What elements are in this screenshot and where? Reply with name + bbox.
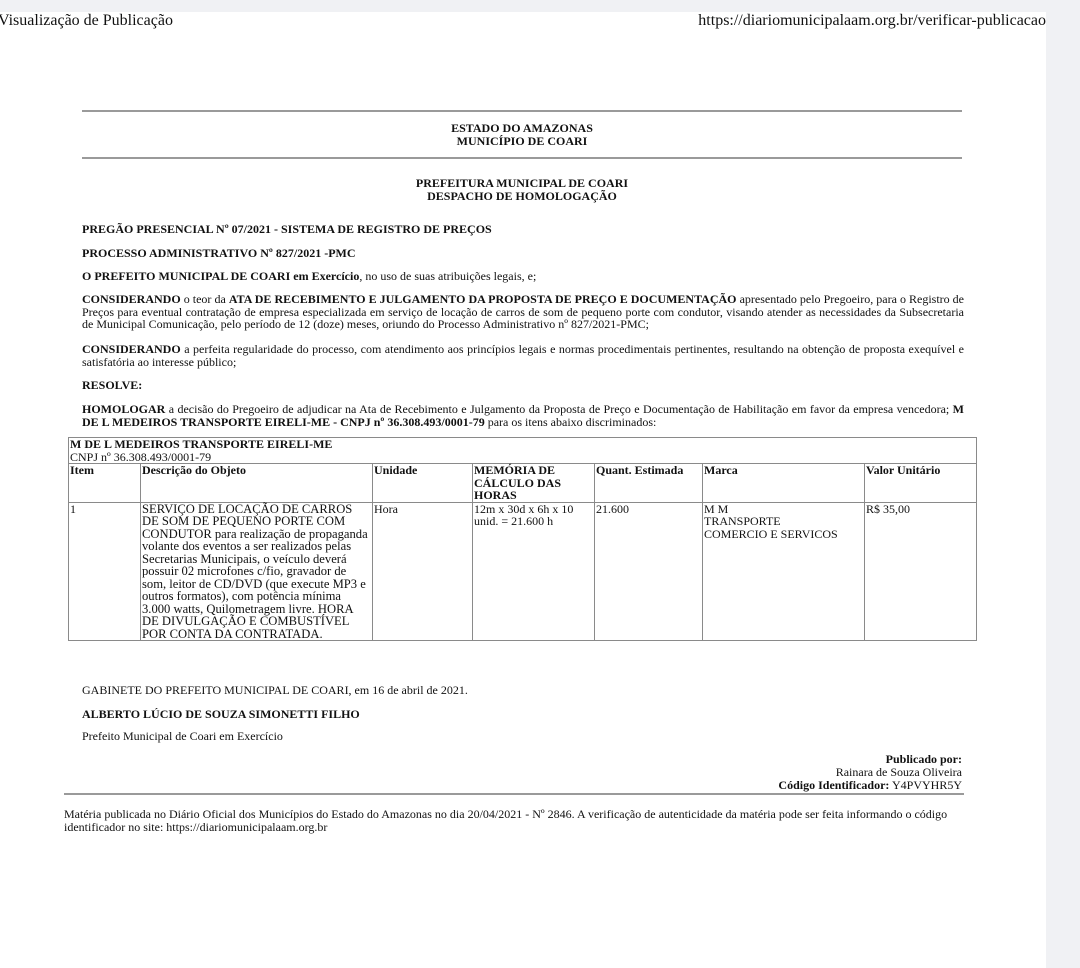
col-header-memoria: MEMÓRIA DE CÁLCULO DAS HORAS xyxy=(473,464,595,503)
intro-text: , no uso de suas atribuições legais, e; xyxy=(359,269,536,283)
processo-line: PROCESSO ADMINISTRATIVO Nº 827/2021 -PMC xyxy=(82,247,964,260)
company-cell: M DE L MEDEIROS TRANSPORTE EIRELI-ME CNP… xyxy=(69,438,977,464)
col-header-item: Item xyxy=(69,464,141,503)
col-header-valor: Valor Unitário xyxy=(865,464,977,503)
col-header-unidade: Unidade xyxy=(373,464,473,503)
state-header: ESTADO DO AMAZONAS MUNICÍPIO DE COARI xyxy=(82,122,962,148)
considerando-2-text: a perfeita regularidade do processo, com… xyxy=(82,342,964,369)
intro-paragraph: O PREFEITO MUNICIPAL DE COARI em Exercíc… xyxy=(82,270,964,283)
place-date: GABINETE DO PREFEITO MUNICIPAL DE COARI,… xyxy=(82,683,468,698)
viewer-title: Visualização de Publicação xyxy=(0,12,173,30)
cell-unidade: Hora xyxy=(373,502,473,641)
company-name: M DE L MEDEIROS TRANSPORTE EIRELI-ME xyxy=(70,438,975,451)
cell-memoria: 12m x 30d x 6h x 10 unid. = 21.600 h xyxy=(473,502,595,641)
marca-line: TRANSPORTE xyxy=(704,515,863,528)
municipality-name: MUNICÍPIO DE COARI xyxy=(82,135,962,148)
footer-note: Matéria publicada no Diário Oficial dos … xyxy=(64,808,994,833)
signatory-role: Prefeito Municipal de Coari em Exercício xyxy=(82,729,283,744)
document-type: DESPACHO DE HOMOLOGAÇÃO xyxy=(82,190,962,203)
considerando-2: CONSIDERANDO a perfeita regularidade do … xyxy=(82,343,964,368)
publication-page: Visualização de Publicação https://diari… xyxy=(0,12,1046,968)
footer-rule xyxy=(64,793,964,795)
homologar-tail: para os itens abaixo discriminados: xyxy=(485,415,657,429)
header-rule-bottom xyxy=(82,157,962,159)
publication-url[interactable]: https://diariomunicipalaam.org.br/verifi… xyxy=(698,12,1046,30)
cell-descricao: SERVIÇO DE LOCAÇÃO DE CARROS DE SOM DE P… xyxy=(141,502,373,641)
col-header-descricao: Descrição do Objeto xyxy=(141,464,373,503)
marca-line: COMERCIO E SERVICOS xyxy=(704,528,863,541)
identifier-label: Código Identificador: xyxy=(778,778,889,792)
intro-bold: O PREFEITO MUNICIPAL DE COARI em Exercíc… xyxy=(82,269,359,283)
table-row: 1 SERVIÇO DE LOCAÇÃO DE CARROS DE SOM DE… xyxy=(69,502,977,641)
cell-item: 1 xyxy=(69,502,141,641)
cell-marca: M M TRANSPORTE COMERCIO E SERVICOS xyxy=(703,502,865,641)
publication-info: Publicado por: Rainara de Souza Oliveira… xyxy=(778,753,962,792)
table-header-row: Item Descrição do Objeto Unidade MEMÓRIA… xyxy=(69,464,977,503)
signatory-name: ALBERTO LÚCIO DE SOUZA SIMONETTI FILHO xyxy=(82,707,360,722)
col-header-quantidade: Quant. Estimada xyxy=(595,464,703,503)
cell-quantidade: 21.600 xyxy=(595,502,703,641)
company-cnpj: CNPJ nº 36.308.493/0001-79 xyxy=(70,451,975,464)
company-row: M DE L MEDEIROS TRANSPORTE EIRELI-ME CNP… xyxy=(69,438,977,464)
identifier-line: Código Identificador: Y4PVYHR5Y xyxy=(778,779,962,792)
col-header-marca: Marca xyxy=(703,464,865,503)
cell-valor: R$ 35,00 xyxy=(865,502,977,641)
resolve-heading: RESOLVE: xyxy=(82,379,964,392)
document-heading: PREFEITURA MUNICIPAL DE COARI DESPACHO D… xyxy=(82,177,962,203)
header-rule-top xyxy=(82,110,962,112)
homologar-paragraph: HOMOLOGAR a decisão do Pregoeiro de adju… xyxy=(82,403,964,428)
considerando-1: CONSIDERANDO o teor da ATA DE RECEBIMENT… xyxy=(82,293,964,331)
items-table: M DE L MEDEIROS TRANSPORTE EIRELI-ME CNP… xyxy=(68,437,977,641)
pregao-line: PREGÃO PRESENCIAL Nº 07/2021 - SISTEMA D… xyxy=(82,223,964,236)
identifier-code: Y4PVYHR5Y xyxy=(892,778,962,792)
